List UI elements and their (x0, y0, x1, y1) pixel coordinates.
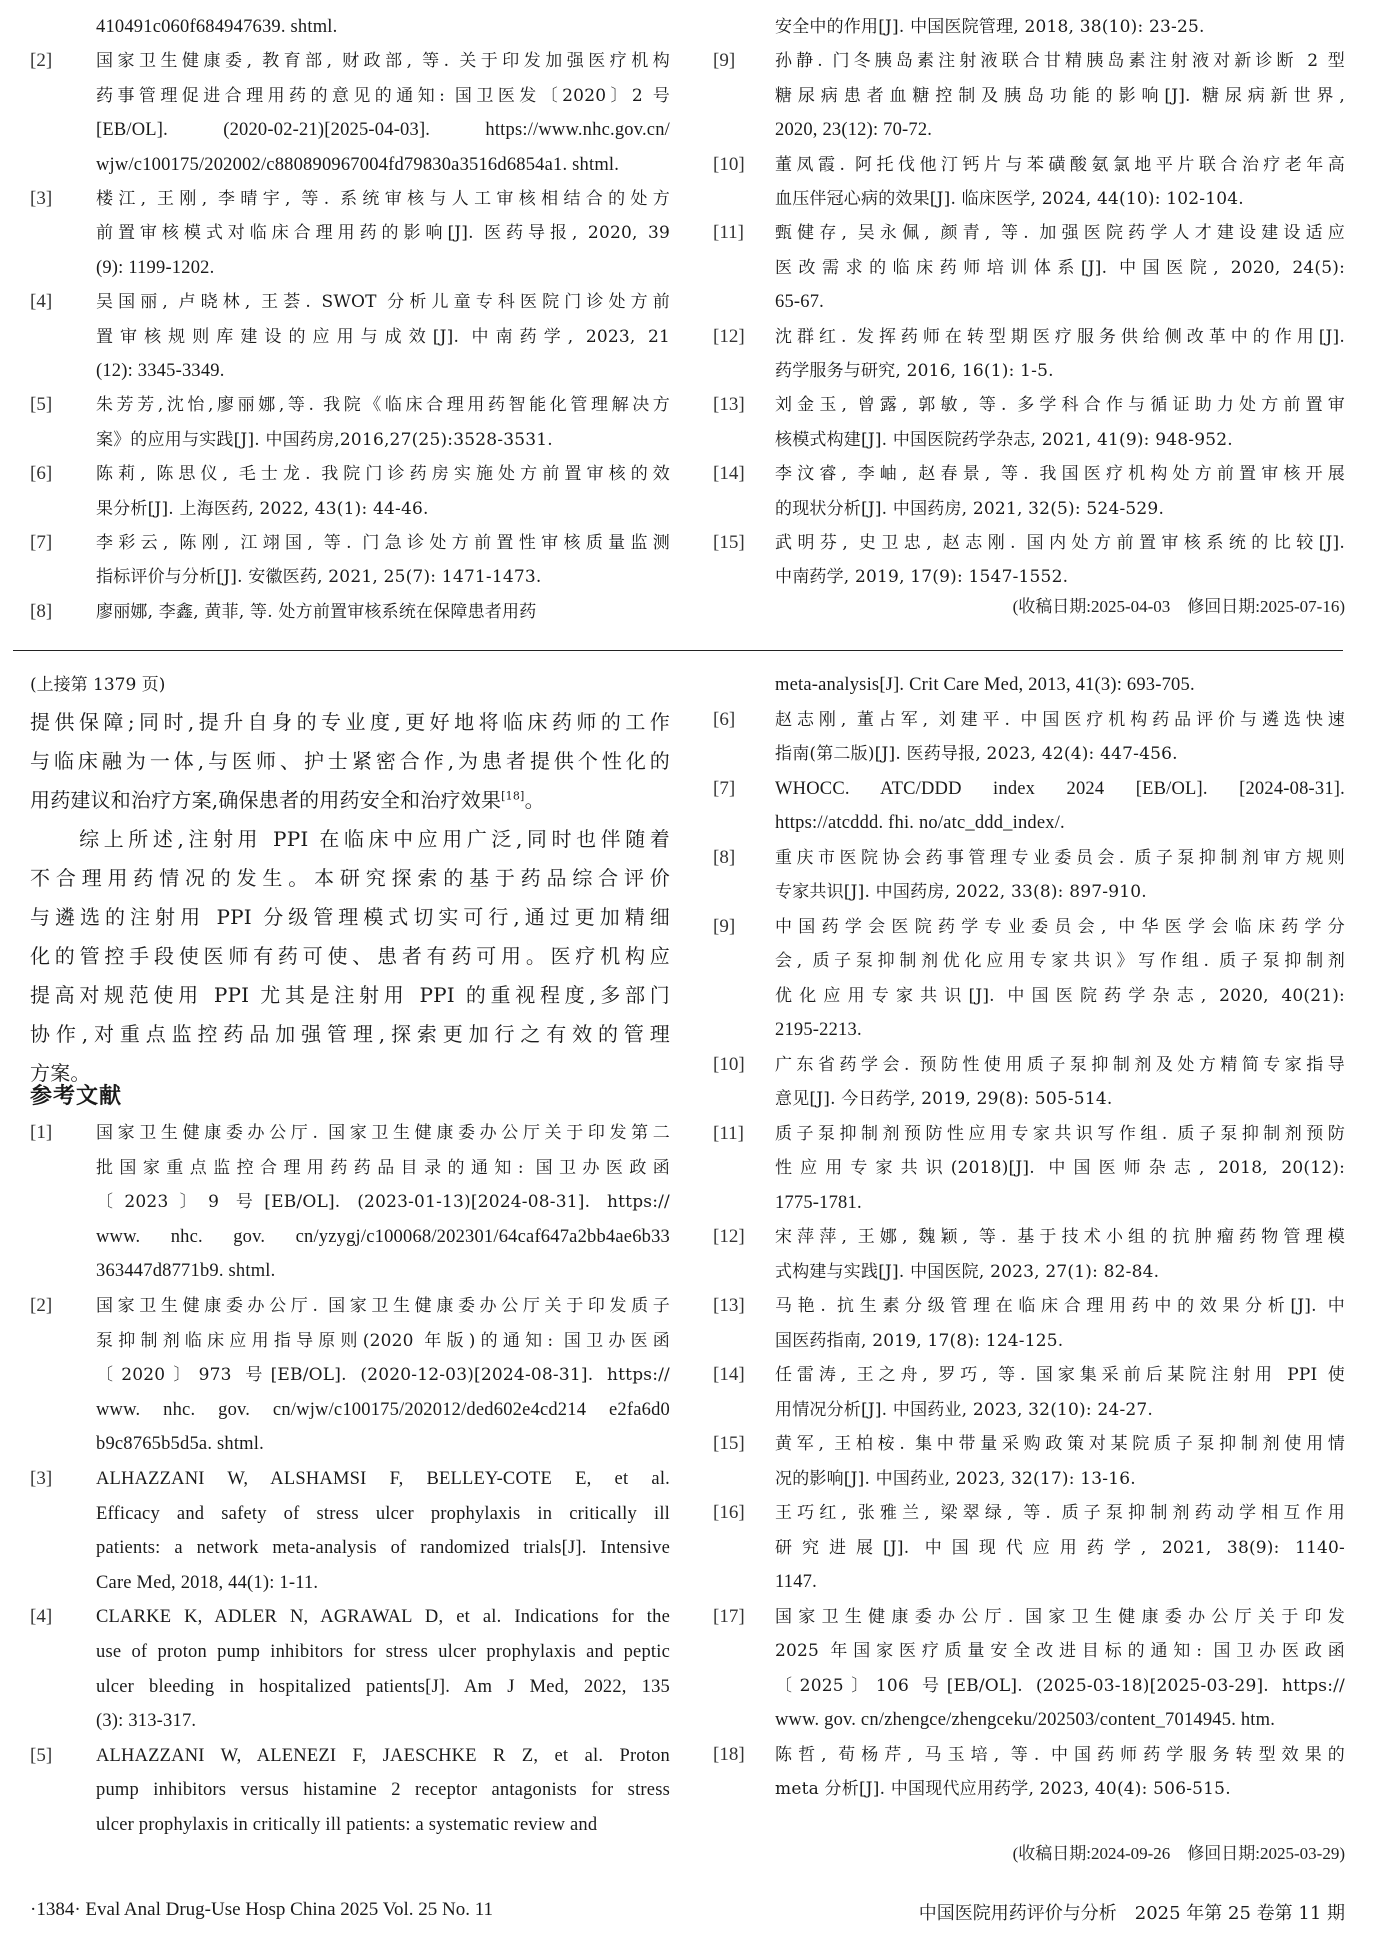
reference-text: ALHAZZANI W, ALENEZI F, JAESCHKE R Z, et… (96, 1739, 670, 1843)
reference-line: 2025 年国家医疗质量安全改进目标的通知: 国卫办医政函 (775, 1634, 1345, 1669)
reference-line: ulcer bleeding in hospitalized patients[… (96, 1670, 670, 1705)
reference-line: 王巧红, 张雅兰, 梁翠绿, 等. 质子泵抑制剂药动学相互作用 (775, 1496, 1345, 1531)
paragraph-line: 综上所述,注射用 PPI 在临床中应用广泛,同时也伴随着 (30, 820, 670, 859)
reference-text: 国家卫生健康委办公厅. 国家卫生健康委办公厅关于印发第二批国家重点监控合理用药药… (96, 1116, 670, 1289)
reference-number: [2] (30, 1289, 52, 1324)
reference-line: 医改需求的临床药师培训体系[J]. 中国医院, 2020, 24(5): (775, 251, 1345, 285)
top-received-revised-dates: (收稿日期:2025-04-03 修回日期:2025-07-16) (1013, 590, 1345, 624)
conclusion-paragraph: 提供保障;同时,提升自身的专业度,更好地将临床药师的工作与临床融为一体,与医师、… (30, 703, 670, 1093)
reference-text: 廖丽娜, 李鑫, 黄菲, 等. 处方前置审核系统在保障患者用药 (96, 595, 670, 629)
reference-line: 李彩云, 陈刚, 江翊国, 等. 门急诊处方前置性审核质量监测 (96, 526, 670, 560)
reference-item: [9]孙静. 门冬胰岛素注射液联合甘精胰岛素注射液对新诊断 2 型糖尿病患者血糖… (713, 44, 1345, 147)
reference-line: 陈莉, 陈思仪, 毛士龙. 我院门诊药房实施处方前置审核的效 (96, 457, 670, 491)
reference-line: 410491c060f684947639. shtml. (96, 10, 670, 44)
citation-period: 。 (525, 788, 545, 812)
reference-line: ALHAZZANI W, ALENEZI F, JAESCHKE R Z, et… (96, 1739, 670, 1774)
reference-line: 李汶睿, 李岫, 赵春景, 等. 我国医疗机构处方前置审核开展 (775, 457, 1345, 491)
reference-text: 马艳. 抗生素分级管理在临床合理用药中的效果分析[J]. 中国医药指南, 201… (775, 1289, 1345, 1358)
reference-number: [10] (713, 148, 745, 182)
reference-line: 楼江, 王刚, 李晴宇, 等. 系统审核与人工审核相结合的处方 (96, 182, 670, 216)
reference-line: 陈哲, 荀杨芹, 马玉培, 等. 中国药师药学服务转型效果的 (775, 1738, 1345, 1773)
reference-line: 1147. (775, 1565, 1345, 1600)
bottom-left-reference-list: [1]国家卫生健康委办公厅. 国家卫生健康委办公厅关于印发第二批国家重点监控合理… (30, 1116, 670, 1876)
citation-superscript: [18] (501, 789, 524, 802)
reference-line: 果分析[J]. 上海医药, 2022, 43(1): 44-46. (96, 492, 670, 526)
paragraph-line: 化的管控手段使医师有药可使、患者有药可用。医疗机构应 (30, 937, 670, 976)
reference-line: ALHAZZANI W, ALSHAMSI F, BELLEY-COTE E, … (96, 1462, 670, 1497)
reference-item: [6]赵志刚, 董占军, 刘建平. 中国医疗机构药品评价与遴选快速指南(第二版)… (713, 703, 1345, 772)
reference-line: WHOCC. ATC/DDD index 2024 [EB/OL]. [2024… (775, 772, 1345, 807)
reference-text: 吴国丽, 卢晓林, 王荟. SWOT 分析儿童专科医院门诊处方前置审核规则库建设… (96, 285, 670, 388)
reference-number: [18] (713, 1738, 745, 1773)
reference-text: 陈莉, 陈思仪, 毛士龙. 我院门诊药房实施处方前置审核的效果分析[J]. 上海… (96, 457, 670, 526)
page-footer-journal-en: ·1384· Eval Anal Drug-Use Hosp China 202… (30, 1899, 493, 1921)
reference-text: 黄军, 王柏桉. 集中带量采购政策对某院质子泵抑制剂使用情况的影响[J]. 中国… (775, 1427, 1345, 1496)
reference-number: [14] (713, 457, 745, 491)
reference-item: meta-analysis[J]. Crit Care Med, 2013, 4… (713, 668, 1345, 703)
reference-item: [4]CLARKE K, ADLER N, AGRAWAL D, et al. … (30, 1600, 670, 1738)
reference-line: https://atcddd. fhi. no/atc_ddd_index/. (775, 806, 1345, 841)
reference-line: 董凤霞. 阿托伐他汀钙片与苯磺酸氨氯地平片联合治疗老年高 (775, 148, 1345, 182)
reference-number: [9] (713, 44, 735, 78)
reference-item: [13]马艳. 抗生素分级管理在临床合理用药中的效果分析[J]. 中国医药指南,… (713, 1289, 1345, 1358)
reference-line: [EB/OL]. (2020-02-21)[2025-04-03]. https… (96, 113, 670, 147)
reference-line: meta 分析[J]. 中国现代应用药学, 2023, 40(4): 506-5… (775, 1772, 1345, 1807)
reference-line: (3): 313-317. (96, 1704, 670, 1739)
reference-number: [8] (713, 841, 735, 876)
reference-item: [6]陈莉, 陈思仪, 毛士龙. 我院门诊药房实施处方前置审核的效果分析[J].… (30, 457, 670, 526)
reference-line: ulcer prophylaxis in critically ill pati… (96, 1808, 670, 1843)
reference-line: 国家卫生健康委办公厅. 国家卫生健康委办公厅关于印发第二 (96, 1116, 670, 1151)
reference-text: 李汶睿, 李岫, 赵春景, 等. 我国医疗机构处方前置审核开展的现状分析[J].… (775, 457, 1345, 526)
reference-line: 前置审核模式对临床合理用药的影响[J]. 医药导报, 2020, 39 (96, 216, 670, 250)
reference-text: 甄健存, 吴永佩, 颜青, 等. 加强医院药学人才建设建设适应医改需求的临床药师… (775, 216, 1345, 319)
reference-line: 黄军, 王柏桉. 集中带量采购政策对某院质子泵抑制剂使用情 (775, 1427, 1345, 1462)
reference-item: [11]甄健存, 吴永佩, 颜青, 等. 加强医院药学人才建设建设适应医改需求的… (713, 216, 1345, 319)
reference-line: 1775-1781. (775, 1186, 1345, 1221)
reference-line: 孙静. 门冬胰岛素注射液联合甘精胰岛素注射液对新诊断 2 型 (775, 44, 1345, 78)
reference-line: 重庆市医院协会药事管理专业委员会. 质子泵抑制剂审方规则 (775, 841, 1345, 876)
reference-number: [14] (713, 1358, 745, 1393)
reference-line: Efficacy and safety of stress ulcer prop… (96, 1497, 670, 1532)
reference-line: 安全中的作用[J]. 中国医院管理, 2018, 38(10): 23-25. (775, 10, 1345, 44)
reference-text: 沈群红. 发挥药师在转型期医疗服务供给侧改革中的作用[J].药学服务与研究, 2… (775, 320, 1345, 389)
reference-line: 意见[J]. 今日药学, 2019, 29(8): 505-514. (775, 1082, 1345, 1117)
reference-item: [7]WHOCC. ATC/DDD index 2024 [EB/OL]. [2… (713, 772, 1345, 841)
reference-text: 楼江, 王刚, 李晴宇, 等. 系统审核与人工审核相结合的处方前置审核模式对临床… (96, 182, 670, 285)
reference-line: 用情况分析[J]. 中国药业, 2023, 32(10): 24-27. (775, 1393, 1345, 1428)
reference-text: 任雷涛, 王之舟, 罗巧, 等. 国家集采前后某院注射用 PPI 使用情况分析[… (775, 1358, 1345, 1427)
reference-text: 王巧红, 张雅兰, 梁翠绿, 等. 质子泵抑制剂药动学相互作用研究进展[J]. … (775, 1496, 1345, 1600)
reference-number: [7] (713, 772, 735, 807)
reference-number: [4] (30, 1600, 52, 1635)
reference-number: [13] (713, 1289, 745, 1324)
reference-line: 廖丽娜, 李鑫, 黄菲, 等. 处方前置审核系统在保障患者用药 (96, 595, 670, 629)
reference-line: 任雷涛, 王之舟, 罗巧, 等. 国家集采前后某院注射用 PPI 使 (775, 1358, 1345, 1393)
reference-number: [7] (30, 526, 52, 560)
reference-item: [15]武明芬, 史卫忠, 赵志刚. 国内处方前置审核系统的比较[J].中南药学… (713, 526, 1345, 595)
reference-line: Care Med, 2018, 44(1): 1-11. (96, 1566, 670, 1601)
reference-line: use of proton pump inhibitors for stress… (96, 1635, 670, 1670)
reference-text: 刘金玉, 曾露, 郭敏, 等. 多学科合作与循证助力处方前置审核模式构建[J].… (775, 388, 1345, 457)
reference-line: 性应用专家共识(2018)[J]. 中国医师杂志, 2018, 20(12): (775, 1151, 1345, 1186)
reference-number: [5] (30, 388, 52, 422)
top-left-reference-list: 410491c060f684947639. shtml.[2]国家卫生健康委, … (30, 10, 670, 640)
reference-item: [10]董凤霞. 阿托伐他汀钙片与苯磺酸氨氯地平片联合治疗老年高血压伴冠心病的效… (713, 148, 1345, 217)
reference-item: [18]陈哲, 荀杨芹, 马玉培, 等. 中国药师药学服务转型效果的meta 分… (713, 1738, 1345, 1807)
reference-number: [6] (713, 703, 735, 738)
reference-text: WHOCC. ATC/DDD index 2024 [EB/OL]. [2024… (775, 772, 1345, 841)
reference-item: [10]广东省药学会. 预防性使用质子泵抑制剂及处方精简专家指导意见[J]. 今… (713, 1048, 1345, 1117)
reference-item: [1]国家卫生健康委办公厅. 国家卫生健康委办公厅关于印发第二批国家重点监控合理… (30, 1116, 670, 1289)
paragraph-line: 不合理用药情况的发生。本研究探索的基于药品综合评价 (30, 859, 670, 898)
reference-item: [14]任雷涛, 王之舟, 罗巧, 等. 国家集采前后某院注射用 PPI 使用情… (713, 1358, 1345, 1427)
reference-line: 泵抑制剂临床应用指导原则(2020 年版)的通知: 国卫办医函 (96, 1324, 670, 1359)
reference-item: [5]ALHAZZANI W, ALENEZI F, JAESCHKE R Z,… (30, 1739, 670, 1843)
reference-text: 陈哲, 荀杨芹, 马玉培, 等. 中国药师药学服务转型效果的meta 分析[J]… (775, 1738, 1345, 1807)
reference-line: 优化应用专家共识[J]. 中国医院药学杂志, 2020, 40(21): (775, 979, 1345, 1014)
reference-line: 况的影响[J]. 中国药业, 2023, 32(17): 13-16. (775, 1462, 1345, 1497)
reference-line: 的现状分析[J]. 中国药房, 2021, 32(5): 524-529. (775, 492, 1345, 526)
reference-line: 广东省药学会. 预防性使用质子泵抑制剂及处方精简专家指导 (775, 1048, 1345, 1083)
reference-line: 国家卫生健康委办公厅. 国家卫生健康委办公厅关于印发质子 (96, 1289, 670, 1324)
reference-line: 2020, 23(12): 70-72. (775, 113, 1345, 147)
reference-text: ALHAZZANI W, ALSHAMSI F, BELLEY-COTE E, … (96, 1462, 670, 1600)
reference-item: [2]国家卫生健康委, 教育部, 财政部, 等. 关于印发加强医疗机构药事管理促… (30, 44, 670, 182)
references-heading: 参考文献 (30, 1080, 122, 1114)
reference-line: 〔2025〕106 号[EB/OL]. (2025-03-18)[2025-03… (775, 1669, 1345, 1704)
reference-number: [15] (713, 1427, 745, 1462)
reference-item: [5]朱芳芳,沈怡,廖丽娜,等. 我院《临床合理用药智能化管理解决方案》的应用与… (30, 388, 670, 457)
reference-text: 武明芬, 史卫忠, 赵志刚. 国内处方前置审核系统的比较[J].中南药学, 20… (775, 526, 1345, 595)
reference-text: 安全中的作用[J]. 中国医院管理, 2018, 38(10): 23-25. (775, 10, 1345, 44)
reference-line: 血压伴冠心病的效果[J]. 临床医学, 2024, 44(10): 102-10… (775, 182, 1345, 216)
reference-line: 吴国丽, 卢晓林, 王荟. SWOT 分析儿童专科医院门诊处方前 (96, 285, 670, 319)
paragraph-line: 与临床融为一体,与医师、护士紧密合作,为患者提供个性化的 (30, 742, 670, 781)
reference-line: 国家卫生健康委, 教育部, 财政部, 等. 关于印发加强医疗机构 (96, 44, 670, 78)
bottom-right-reference-list: meta-analysis[J]. Crit Care Med, 2013, 4… (713, 668, 1345, 1868)
reference-line: 指标评价与分析[J]. 安徽医药, 2021, 25(7): 1471-1473… (96, 560, 670, 594)
reference-line: 沈群红. 发挥药师在转型期医疗服务供给侧改革中的作用[J]. (775, 320, 1345, 354)
reference-number: [12] (713, 1220, 745, 1255)
reference-line: (12): 3345-3349. (96, 354, 670, 388)
reference-text: meta-analysis[J]. Crit Care Med, 2013, 4… (775, 668, 1345, 703)
reference-line: 甄健存, 吴永佩, 颜青, 等. 加强医院药学人才建设建设适应 (775, 216, 1345, 250)
reference-item: [14]李汶睿, 李岫, 赵春景, 等. 我国医疗机构处方前置审核开展的现状分析… (713, 457, 1345, 526)
paragraph-line: 提供保障;同时,提升自身的专业度,更好地将临床药师的工作 (30, 703, 670, 742)
reference-item: [17]国家卫生健康委办公厅. 国家卫生健康委办公厅关于印发2025 年国家医疗… (713, 1600, 1345, 1738)
continuation-note: (上接第 1379 页) (30, 668, 165, 702)
reference-item: 410491c060f684947639. shtml. (30, 10, 670, 44)
reference-line: 中国药学会医院药学专业委员会, 中华医学会临床药学分 (775, 910, 1345, 945)
reference-text: CLARKE K, ADLER N, AGRAWAL D, et al. Ind… (96, 1600, 670, 1738)
reference-text: 国家卫生健康委, 教育部, 财政部, 等. 关于印发加强医疗机构药事管理促进合理… (96, 44, 670, 182)
reference-line: 武明芬, 史卫忠, 赵志刚. 国内处方前置审核系统的比较[J]. (775, 526, 1345, 560)
reference-line: 国家卫生健康委办公厅. 国家卫生健康委办公厅关于印发 (775, 1600, 1345, 1635)
reference-text: 国家卫生健康委办公厅. 国家卫生健康委办公厅关于印发质子泵抑制剂临床应用指导原则… (96, 1289, 670, 1462)
reference-item: [12]宋萍萍, 王娜, 魏颖, 等. 基于技术小组的抗肿瘤药物管理模式构建与实… (713, 1220, 1345, 1289)
reference-line: 糖尿病患者血糖控制及胰岛功能的影响[J]. 糖尿病新世界, (775, 79, 1345, 113)
reference-number: [13] (713, 388, 745, 422)
reference-line: 置审核规则库建设的应用与成效[J]. 中南药学, 2023, 21 (96, 320, 670, 354)
reference-line: 药事管理促进合理用药的意见的通知: 国卫医发〔2020〕2 号 (96, 79, 670, 113)
reference-item: [7]李彩云, 陈刚, 江翊国, 等. 门急诊处方前置性审核质量监测指标评价与分… (30, 526, 670, 595)
paragraph-line: 与遴选的注射用 PPI 分级管理模式切实可行,通过更加精细 (30, 898, 670, 937)
reference-line: 核模式构建[J]. 中国医院药学杂志, 2021, 41(9): 948-952… (775, 423, 1345, 457)
reference-line: patients: a network meta-analysis of ran… (96, 1531, 670, 1566)
reference-line: 刘金玉, 曾露, 郭敏, 等. 多学科合作与循证助力处方前置审 (775, 388, 1345, 422)
reference-number: [11] (713, 216, 744, 250)
reference-number: [1] (30, 1116, 52, 1151)
reference-number: [8] (30, 595, 52, 629)
reference-number: [15] (713, 526, 745, 560)
reference-number: [6] (30, 457, 52, 491)
reference-text: 国家卫生健康委办公厅. 国家卫生健康委办公厅关于印发2025 年国家医疗质量安全… (775, 1600, 1345, 1738)
reference-number: [9] (713, 910, 735, 945)
paragraph-line: 提高对规范使用 PPI 尤其是注射用 PPI 的重视程度,多部门 (30, 976, 670, 1015)
reference-number: [10] (713, 1048, 745, 1083)
reference-line: 质子泵抑制剂预防性应用专家共识写作组. 质子泵抑制剂预防 (775, 1117, 1345, 1152)
reference-line: 〔2023〕9 号[EB/OL]. (2023-01-13)[2024-08-3… (96, 1185, 670, 1220)
reference-line: (9): 1199-1202. (96, 251, 670, 285)
reference-line: 宋萍萍, 王娜, 魏颖, 等. 基于技术小组的抗肿瘤药物管理模 (775, 1220, 1345, 1255)
reference-text: 朱芳芳,沈怡,廖丽娜,等. 我院《临床合理用药智能化管理解决方案》的应用与实践[… (96, 388, 670, 457)
page-footer-journal-cn: 中国医院用药评价与分析 2025 年第 25 卷第 11 期 (919, 1899, 1345, 1925)
reference-text: 广东省药学会. 预防性使用质子泵抑制剂及处方精简专家指导意见[J]. 今日药学,… (775, 1048, 1345, 1117)
reference-item: [3]楼江, 王刚, 李晴宇, 等. 系统审核与人工审核相结合的处方前置审核模式… (30, 182, 670, 285)
reference-line: 〔2020〕973 号[EB/OL]. (2020-12-03)[2024-08… (96, 1358, 670, 1393)
reference-item: [9]中国药学会医院药学专业委员会, 中华医学会临床药学分会, 质子泵抑制剂优化… (713, 910, 1345, 1048)
reference-line: 专家共识[J]. 中国药房, 2022, 33(8): 897-910. (775, 875, 1345, 910)
reference-line: www. nhc. gov. cn/yzygj/c100068/202301/6… (96, 1220, 670, 1255)
paragraph-line: 用药建议和治疗方案,确保患者的用药安全和治疗效果[18]。 (30, 781, 670, 820)
reference-text: 赵志刚, 董占军, 刘建平. 中国医疗机构药品评价与遴选快速指南(第二版)[J]… (775, 703, 1345, 772)
reference-item: [2]国家卫生健康委办公厅. 国家卫生健康委办公厅关于印发质子泵抑制剂临床应用指… (30, 1289, 670, 1462)
reference-line: wjw/c100175/202002/c880890967004fd79830a… (96, 148, 670, 182)
reference-text: 宋萍萍, 王娜, 魏颖, 等. 基于技术小组的抗肿瘤药物管理模式构建与实践[J]… (775, 1220, 1345, 1289)
reference-number: [17] (713, 1600, 745, 1635)
reference-number: [4] (30, 285, 52, 319)
reference-line: b9c8765b5d5a. shtml. (96, 1427, 670, 1462)
reference-text: 410491c060f684947639. shtml. (96, 10, 670, 44)
reference-text: 孙静. 门冬胰岛素注射液联合甘精胰岛素注射液对新诊断 2 型糖尿病患者血糖控制及… (775, 44, 1345, 147)
reference-item: [12]沈群红. 发挥药师在转型期医疗服务供给侧改革中的作用[J].药学服务与研… (713, 320, 1345, 389)
article-divider-line (13, 650, 1343, 651)
reference-number: [2] (30, 44, 52, 78)
paragraph-line: 方案。 (30, 1054, 670, 1093)
reference-line: 研究进展[J]. 中国现代应用药学, 2021, 38(9): 1140- (775, 1531, 1345, 1566)
reference-line: meta-analysis[J]. Crit Care Med, 2013, 4… (775, 668, 1345, 703)
paragraph-line: 协作,对重点监控药品加强管理,探索更加行之有效的管理 (30, 1015, 670, 1054)
top-right-reference-list: 安全中的作用[J]. 中国医院管理, 2018, 38(10): 23-25.[… (713, 10, 1345, 640)
reference-number: [16] (713, 1496, 745, 1531)
reference-number: [3] (30, 1462, 52, 1497)
reference-text: 董凤霞. 阿托伐他汀钙片与苯磺酸氨氯地平片联合治疗老年高血压伴冠心病的效果[J]… (775, 148, 1345, 217)
reference-item: [8]重庆市医院协会药事管理专业委员会. 质子泵抑制剂审方规则专家共识[J]. … (713, 841, 1345, 910)
bottom-received-revised-dates: (收稿日期:2024-09-26 修回日期:2025-03-29) (1013, 1837, 1345, 1871)
reference-text: 李彩云, 陈刚, 江翊国, 等. 门急诊处方前置性审核质量监测指标评价与分析[J… (96, 526, 670, 595)
reference-text: 重庆市医院协会药事管理专业委员会. 质子泵抑制剂审方规则专家共识[J]. 中国药… (775, 841, 1345, 910)
reference-line: pump inhibitors versus histamine 2 recep… (96, 1773, 670, 1808)
reference-line: 式构建与实践[J]. 中国医院, 2023, 27(1): 82-84. (775, 1255, 1345, 1290)
reference-line: www. gov. cn/zhengce/zhengceku/202503/co… (775, 1703, 1345, 1738)
reference-line: www. nhc. gov. cn/wjw/c100175/202012/ded… (96, 1393, 670, 1428)
reference-item: [8]廖丽娜, 李鑫, 黄菲, 等. 处方前置审核系统在保障患者用药 (30, 595, 670, 629)
reference-line: 会, 质子泵抑制剂优化应用专家共识》写作组. 质子泵抑制剂 (775, 944, 1345, 979)
reference-number: [3] (30, 182, 52, 216)
reference-number: [5] (30, 1739, 52, 1774)
reference-line: 药学服务与研究, 2016, 16(1): 1-5. (775, 354, 1345, 388)
reference-line: 363447d8771b9. shtml. (96, 1254, 670, 1289)
reference-text: 中国药学会医院药学专业委员会, 中华医学会临床药学分会, 质子泵抑制剂优化应用专… (775, 910, 1345, 1048)
reference-item: [16]王巧红, 张雅兰, 梁翠绿, 等. 质子泵抑制剂药动学相互作用研究进展[… (713, 1496, 1345, 1600)
reference-line: 朱芳芳,沈怡,廖丽娜,等. 我院《临床合理用药智能化管理解决方 (96, 388, 670, 422)
reference-number: [11] (713, 1117, 744, 1152)
reference-line: 指南(第二版)[J]. 医药导报, 2023, 42(4): 447-456. (775, 737, 1345, 772)
reference-line: 马艳. 抗生素分级管理在临床合理用药中的效果分析[J]. 中 (775, 1289, 1345, 1324)
reference-item: [13]刘金玉, 曾露, 郭敏, 等. 多学科合作与循证助力处方前置审核模式构建… (713, 388, 1345, 457)
reference-item: [4]吴国丽, 卢晓林, 王荟. SWOT 分析儿童专科医院门诊处方前置审核规则… (30, 285, 670, 388)
reference-line: 赵志刚, 董占军, 刘建平. 中国医疗机构药品评价与遴选快速 (775, 703, 1345, 738)
reference-item: 安全中的作用[J]. 中国医院管理, 2018, 38(10): 23-25. (713, 10, 1345, 44)
reference-line: CLARKE K, ADLER N, AGRAWAL D, et al. Ind… (96, 1600, 670, 1635)
reference-line: 批国家重点监控合理用药药品目录的通知: 国卫办医政函 (96, 1151, 670, 1186)
reference-item: [15]黄军, 王柏桉. 集中带量采购政策对某院质子泵抑制剂使用情况的影响[J]… (713, 1427, 1345, 1496)
reference-line: 65-67. (775, 285, 1345, 319)
reference-line: 2195-2213. (775, 1013, 1345, 1048)
reference-line: 国医药指南, 2019, 17(8): 124-125. (775, 1324, 1345, 1359)
reference-item: [11]质子泵抑制剂预防性应用专家共识写作组. 质子泵抑制剂预防性应用专家共识(… (713, 1117, 1345, 1221)
reference-text: 质子泵抑制剂预防性应用专家共识写作组. 质子泵抑制剂预防性应用专家共识(2018… (775, 1117, 1345, 1221)
reference-number: [12] (713, 320, 745, 354)
reference-item: [3]ALHAZZANI W, ALSHAMSI F, BELLEY-COTE … (30, 1462, 670, 1600)
reference-line: 案》的应用与实践[J]. 中国药房,2016,27(25):3528-3531. (96, 423, 670, 457)
